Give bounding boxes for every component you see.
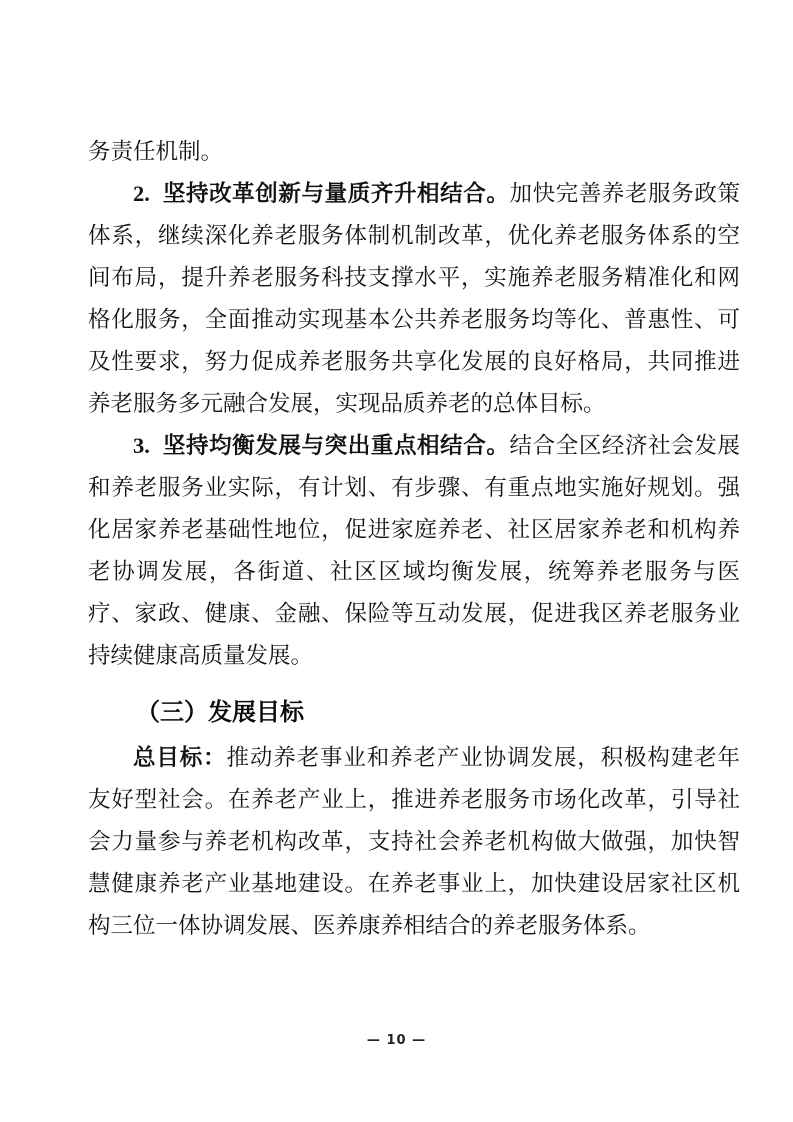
point-2-body: 加快完善养老服务政策体系，继续深化养老服务体制机制改革，优化养老服务体系的空间布… [88,181,740,416]
document-page: 务责任机制。 2.坚持改革创新与量质齐升相结合。加快完善养老服务政策体系，继续深… [0,0,793,1122]
paragraph-continuation: 务责任机制。 [88,131,740,173]
page-footer: — 10 — [0,1031,793,1049]
point-3-body: 结合全区经济社会发展和养老服务业实际，有计划、有步骤、有重点地实施好规划。强化居… [88,433,740,668]
goal-lead: 总目标： [133,745,227,770]
page-number: — 10 — [367,1033,426,1048]
paragraph-goal: 总目标：推动养老事业和养老产业协调发展，积极构建老年友好型社会。在养老产业上，推… [88,737,740,947]
paragraph-point-3: 3.坚持均衡发展与突出重点相结合。结合全区经济社会发展和养老服务业实际，有计划、… [88,425,740,677]
page-content: 务责任机制。 2.坚持改革创新与量质齐升相结合。加快完善养老服务政策体系，继续深… [88,131,740,947]
section-heading: （三）发展目标 [88,692,740,734]
point-2-number: 2. [133,181,150,206]
point-2-lead: 坚持改革创新与量质齐升相结合。 [162,181,509,206]
goal-body: 推动养老事业和养老产业协调发展，积极构建老年友好型社会。在养老产业上，推进养老服… [88,745,740,938]
point-3-number: 3. [133,433,150,458]
point-3-lead: 坚持均衡发展与突出重点相结合。 [162,433,509,458]
paragraph-continuation-text: 务责任机制。 [88,139,223,164]
paragraph-point-2: 2.坚持改革创新与量质齐升相结合。加快完善养老服务政策体系，继续深化养老服务体制… [88,173,740,425]
